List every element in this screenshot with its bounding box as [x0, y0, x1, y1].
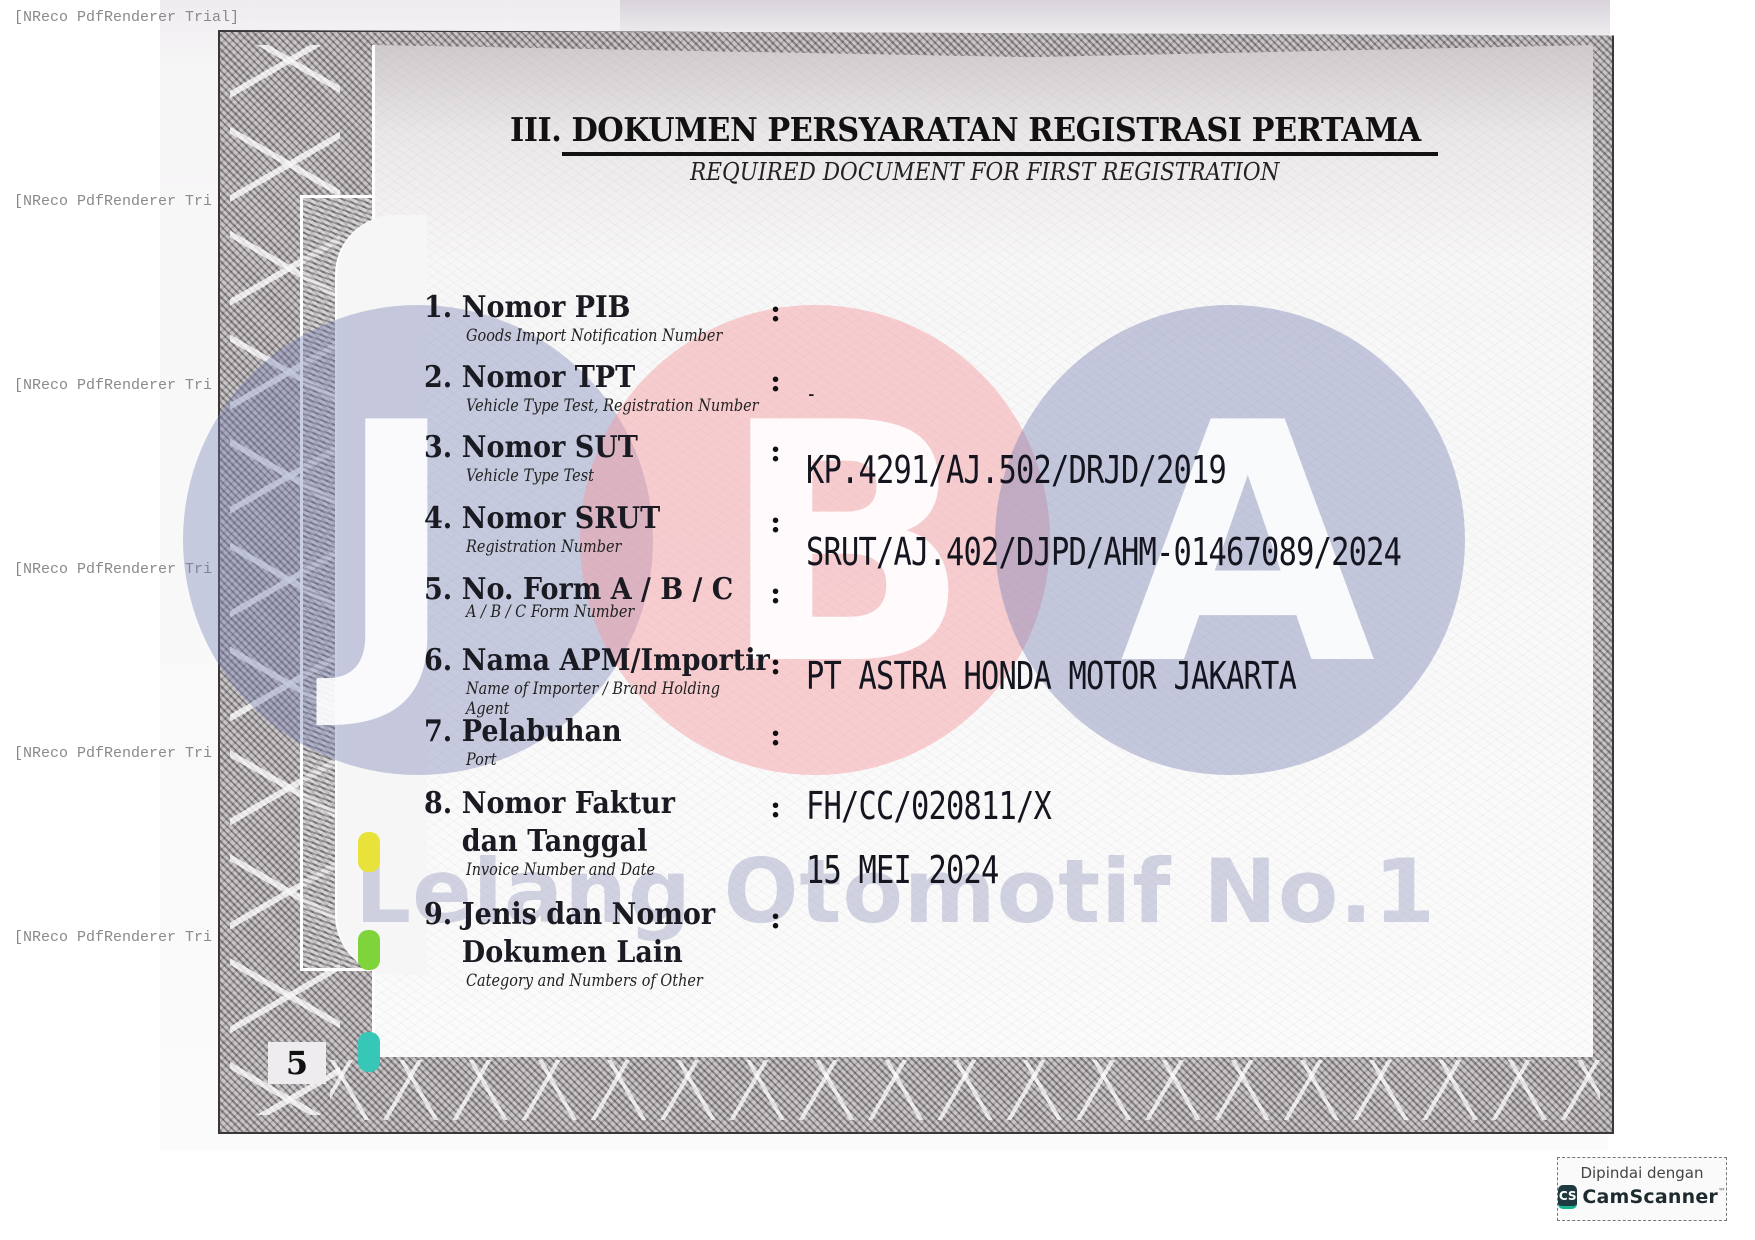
spine-tab-yellow — [358, 832, 380, 872]
camscanner-caption: Dipindai dengan — [1558, 1164, 1726, 1182]
field-value-tpt: - — [806, 382, 816, 407]
field-value-sut: KP.4291/AJ.502/DRJD/2019 — [806, 448, 1226, 492]
field-label: 2.Nomor TPT — [424, 360, 772, 396]
trial-watermark: [NReco PdfRenderer Tri — [14, 193, 212, 210]
field-label-line2: Dokumen Lain — [424, 935, 715, 971]
field-colon: : — [770, 505, 781, 540]
title-underline — [562, 152, 1438, 156]
camscanner-badge: Dipindai dengan CS CamScanner ™ — [1557, 1157, 1727, 1221]
field-colon: : — [770, 434, 781, 469]
field-sublabel: A / B / C Form Number — [466, 602, 722, 622]
field-label: 7.Pelabuhan — [424, 714, 622, 750]
document-title: III. DOKUMEN PERSYARATAN REGISTRASI PERT… — [510, 110, 1421, 149]
field-value-invoice-number: FH/CC/020811/X — [806, 784, 1051, 828]
spine-tab-green — [358, 930, 380, 970]
field-sublabel: Vehicle Type Test — [466, 466, 632, 486]
field-sublabel: Name of Importer / Brand Holding — [466, 679, 757, 699]
field-nama-apm: 6.Nama APM/Importir Name of Importer / B… — [424, 643, 808, 719]
document-subtitle: REQUIRED DOCUMENT FOR FIRST REGISTRATION — [690, 158, 1279, 186]
field-value-srut: SRUT/AJ.402/DJPD/AHM-01467089/2024 — [806, 530, 1401, 574]
border-pattern-bottom — [330, 1060, 1600, 1120]
field-sublabel: Goods Import Notification Number — [466, 326, 722, 346]
field-label: 1.Nomor PIB — [424, 290, 733, 326]
field-nomor-sut: 3.Nomor SUT Vehicle Type Test — [424, 430, 662, 486]
camscanner-logo-icon: CS — [1558, 1185, 1577, 1209]
field-sublabel: Vehicle Type Test, Registration Number — [466, 396, 759, 416]
field-label: 3.Nomor SUT — [424, 430, 638, 466]
page-number: 5 — [268, 1042, 326, 1084]
field-value-invoice-date: 15 MEI 2024 — [806, 848, 999, 892]
field-pelabuhan: 7.Pelabuhan Port — [424, 714, 644, 770]
trial-watermark: [NReco PdfRenderer Tri — [14, 377, 212, 394]
trial-watermark: [NReco PdfRenderer Tri — [14, 561, 212, 578]
camscanner-brand-row: CS CamScanner ™ — [1558, 1185, 1726, 1209]
field-colon: : — [770, 576, 781, 611]
field-value-apm: PT ASTRA HONDA MOTOR JAKARTA — [806, 654, 1296, 698]
field-colon: : — [770, 364, 781, 399]
field-label-line2: dan Tanggal — [424, 824, 675, 860]
field-colon: : — [770, 718, 781, 753]
field-nomor-srut: 4.Nomor SRUT Registration Number — [424, 501, 687, 557]
trial-watermark: [NReco PdfRenderer Tri — [14, 745, 212, 762]
spine-tab-cyan — [358, 1032, 380, 1072]
field-label: 9.Jenis dan Nomor — [424, 897, 715, 933]
field-nomor-tpt: 2.Nomor TPT Vehicle Type Test, Registrat… — [424, 360, 810, 416]
trial-watermark: [NReco PdfRenderer Tri — [14, 929, 212, 946]
field-nomor-pib: 1.Nomor PIB Goods Import Notification Nu… — [424, 290, 768, 346]
trial-watermark: [NReco PdfRenderer Trial] — [14, 9, 239, 26]
field-nomor-faktur: 8.Nomor Faktur dan Tanggal Invoice Numbe… — [424, 786, 703, 880]
field-sublabel: Category and Numbers of Other — [466, 971, 705, 991]
field-label: 8.Nomor Faktur — [424, 786, 675, 822]
field-colon: : — [770, 647, 781, 682]
field-label: 6.Nama APM/Importir — [424, 643, 770, 679]
field-sublabel: Port — [466, 750, 617, 770]
field-sublabel: Invoice Number and Date — [466, 860, 667, 880]
field-colon: : — [770, 790, 781, 825]
camscanner-brand: CamScanner — [1582, 1186, 1718, 1208]
field-sublabel: Registration Number — [466, 537, 653, 557]
field-colon: : — [770, 901, 781, 936]
field-colon: : — [770, 294, 781, 329]
field-dokumen-lain: 9.Jenis dan Nomor Dokumen Lain Category … — [424, 897, 747, 991]
field-form-abc: 5.No. Form A / B / C A / B / C Form Numb… — [424, 572, 768, 622]
field-label: 4.Nomor SRUT — [424, 501, 660, 537]
trademark-symbol: ™ — [1718, 1187, 1726, 1196]
